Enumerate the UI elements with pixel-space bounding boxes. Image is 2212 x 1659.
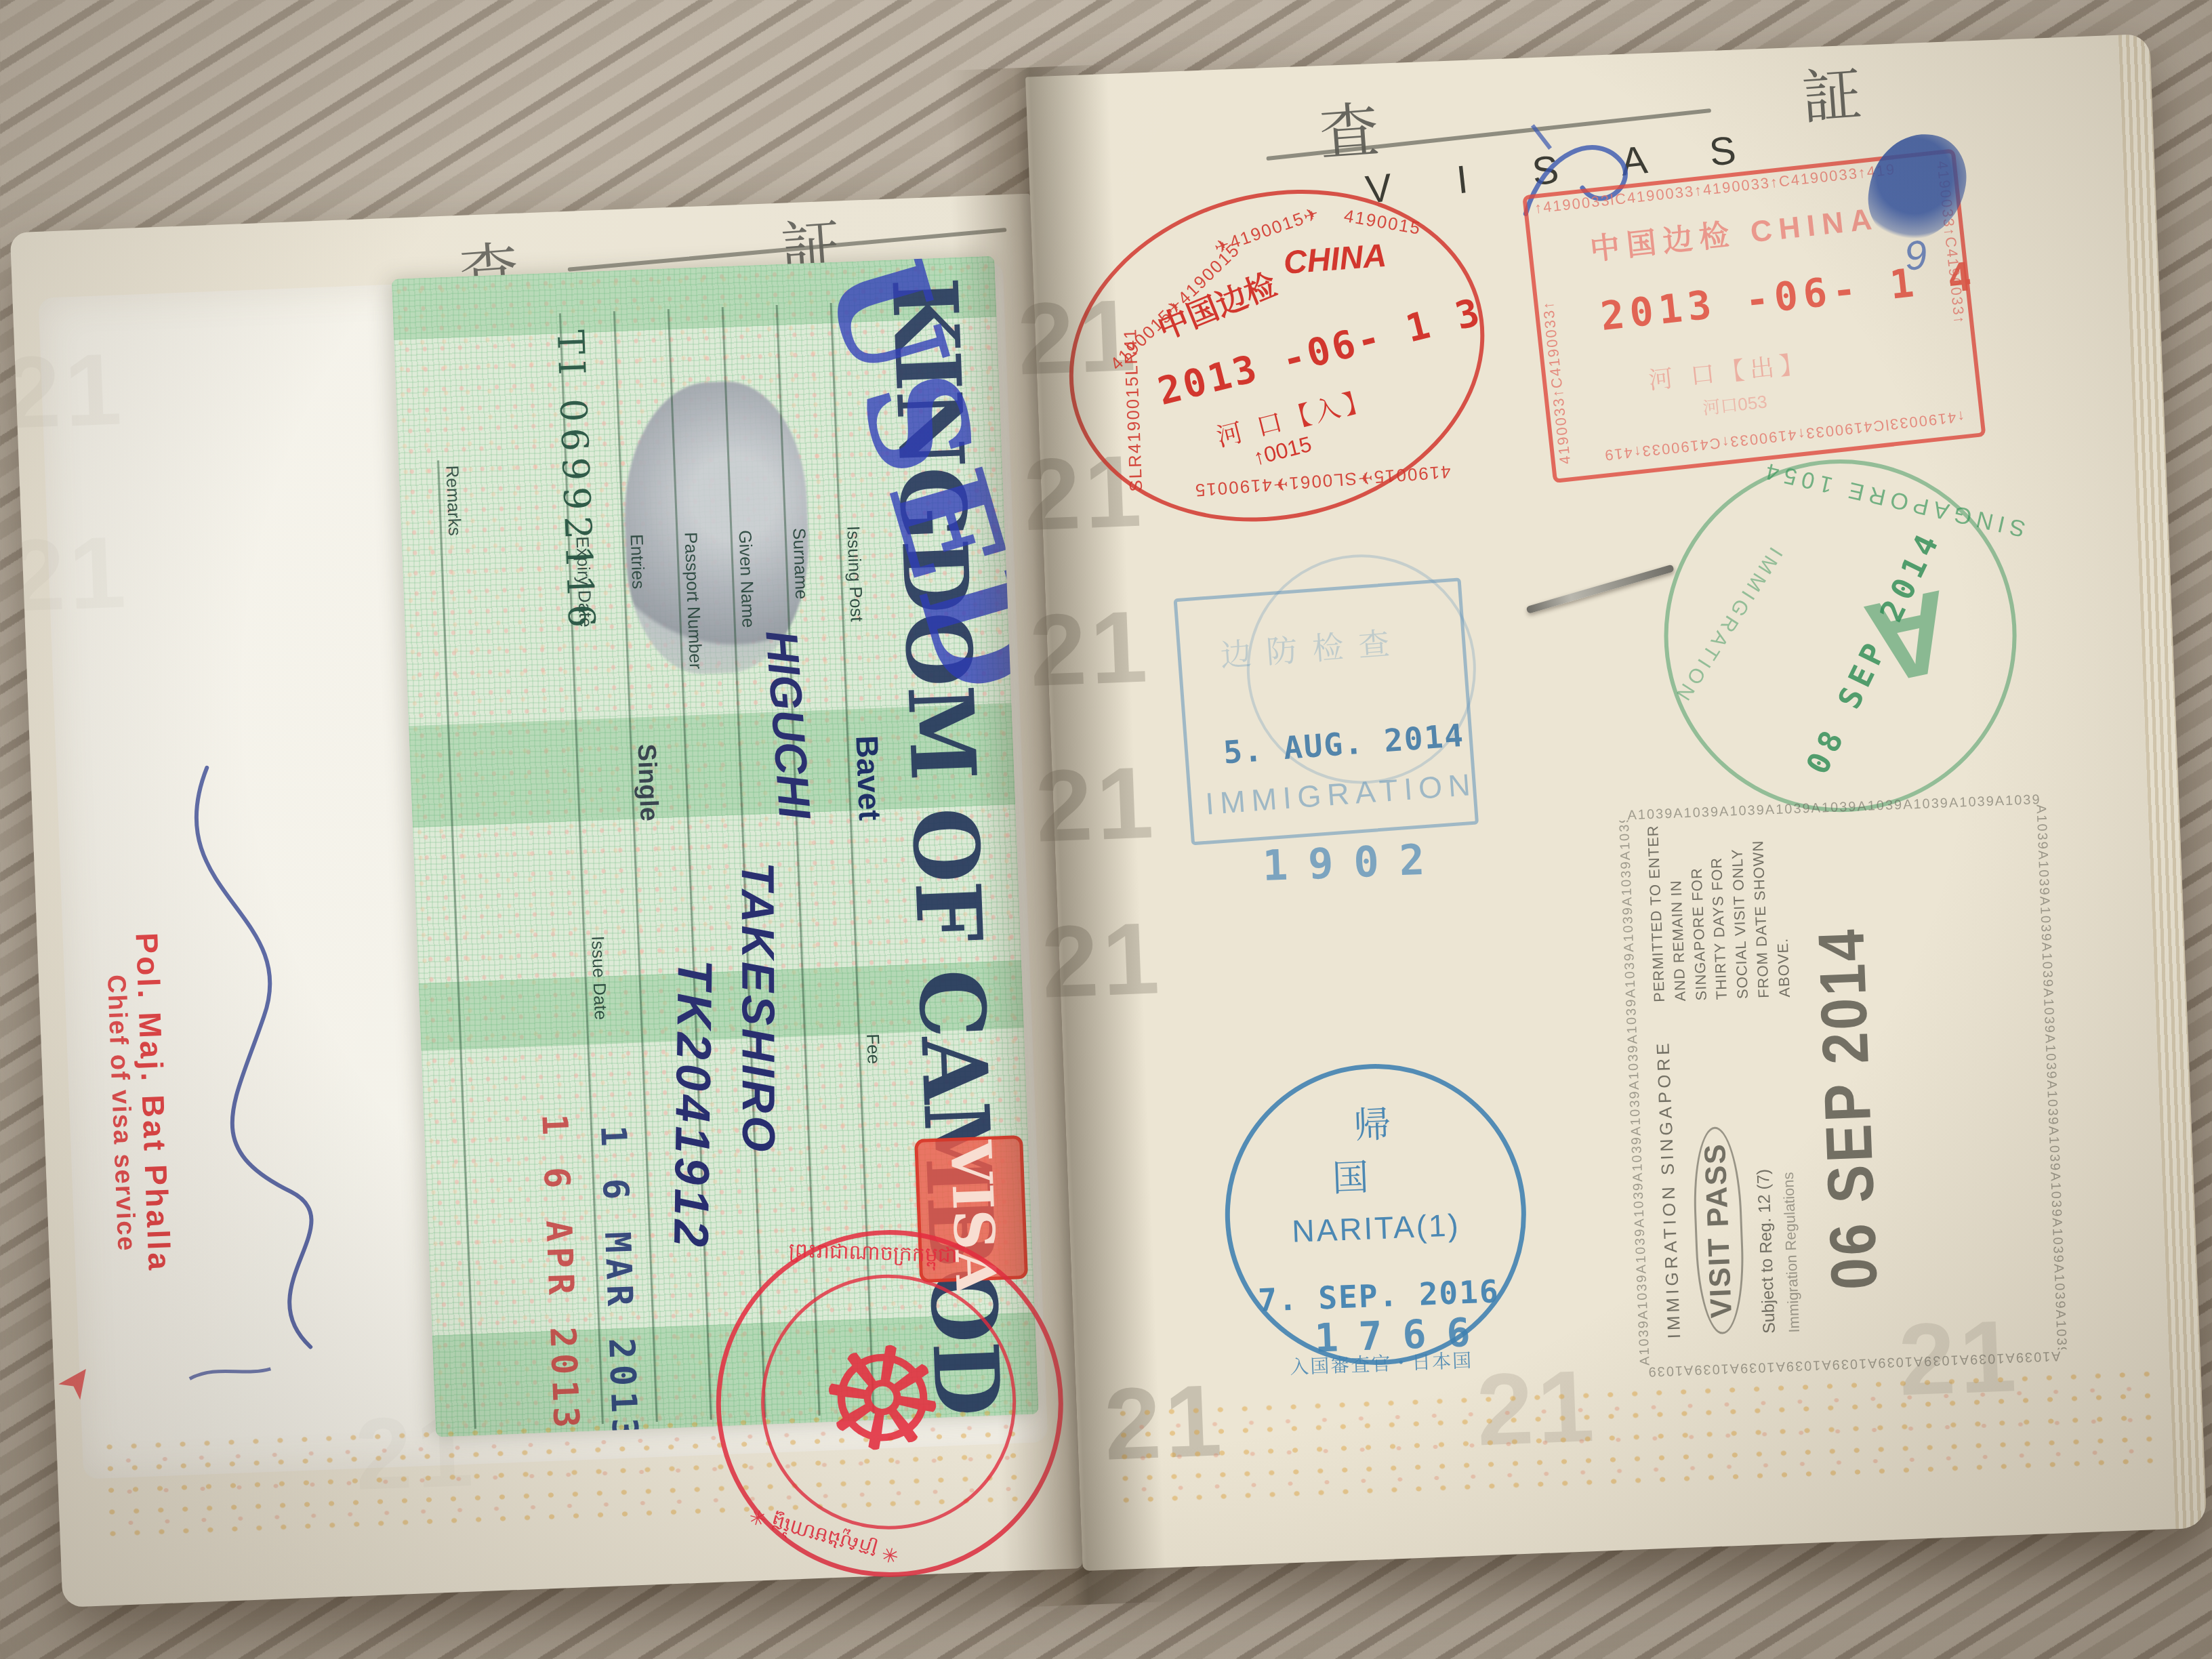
right-page: 査 証 V I S A S 21 21 21 21 21 21 21 21 41… — [1025, 34, 2207, 1571]
sg-permit-text: PERMITTED TO ENTER AND REMAIN IN SINGAPO… — [1643, 815, 1796, 1002]
stamp-number: 1766 — [1313, 1309, 1491, 1361]
fee-label: Fee — [862, 1033, 884, 1065]
immigration-square-stamp: 边防检查 5. AUG. 2014 IMMIGRATION — [1173, 577, 1479, 845]
form-rule — [437, 460, 476, 1429]
staple — [1526, 565, 1675, 614]
stamp-number: 1902 — [1262, 834, 1446, 890]
china-entry-stamp: 4190015✈4190015 ✈4190015✈ 4190015 SLR419… — [1033, 146, 1521, 565]
page-number-watermark: 21 — [1040, 899, 1165, 1021]
narita-port: NARITA(1) — [1230, 1204, 1523, 1252]
sg-line1: IMMIGRATION SINGAPORE — [1652, 1040, 1685, 1339]
singapore-round-stamp: SINGAPORE 1054 IMMIGRATION A 08 SEP 2014 — [1642, 437, 2039, 834]
passport-number-value: TK2041912 — [663, 959, 722, 1251]
exit-port: 河 口【出】 — [1647, 345, 1811, 396]
agency-name-en: CHINA — [1282, 237, 1388, 282]
issue-date-label: Issue Date — [587, 935, 611, 1020]
khmer-ring-text: ព្រះរាជាណាចក្រកម្ពុជា — [788, 1237, 958, 1273]
stamp-border-serial: A1039A1039A1039A1039A1039A1039A1039A1039… — [2032, 804, 2069, 1350]
stamp-serial: 4190033↑C4190033↑ — [1529, 204, 1574, 466]
page-number-watermark: 21 — [1027, 588, 1153, 710]
left-page: 査 証 21 21 21 KINGDOM OF CAMBODIA USED VI… — [10, 194, 1083, 1607]
sg-date: 06 SEP 2014 — [1804, 926, 1892, 1291]
visa-number: TI 06992116 — [549, 329, 603, 634]
remarks-label: Remarks — [441, 465, 465, 536]
issuing-post-label: Issuing Post — [842, 525, 867, 622]
cambodia-ministry-round-stamp: ព្រះរាជាណាចក្រកម្ពុជា ✳ ក្រសួងមហាផ្ទៃ ✳ … — [689, 1203, 1088, 1602]
given-name-label: Given Name — [734, 530, 759, 629]
ink-mark: 9 — [1902, 231, 1929, 280]
officer-signature — [124, 720, 421, 1408]
china-exit-stamp: ↑4190033lC4190033↑4190033↑C4190033↑419 ↑… — [1522, 148, 1986, 483]
sg-visit-pass: VISIT PASS — [1691, 1126, 1746, 1334]
passport-book: 査 証 21 21 21 KINGDOM OF CAMBODIA USED VI… — [0, 24, 2212, 1645]
surname-label: Surname — [788, 527, 812, 600]
singapore-visit-pass-stamp: A1039A1039A1039A1039A1039A1039A1039A1039… — [1616, 790, 2072, 1379]
narita-top: 帰 国 — [1225, 1090, 1521, 1206]
issuing-post-value: Bavet — [848, 735, 888, 821]
page-number-watermark: 21 — [1033, 743, 1159, 865]
page-number-watermark: 21 — [2, 330, 127, 452]
entries-value: Single — [631, 743, 663, 822]
entries-label: Entries — [626, 534, 649, 590]
page-number-watermark: 21 — [6, 513, 131, 635]
given-name-value: TAKESHIRO — [731, 862, 785, 1155]
sg-line4: Immigration Regulations — [1780, 1172, 1803, 1333]
exit-port-sub: 河口053 — [1701, 388, 1768, 419]
sg-line3: Subject to Reg. 12 (7) — [1754, 1168, 1780, 1334]
security-dot-pattern — [1110, 1363, 2157, 1518]
